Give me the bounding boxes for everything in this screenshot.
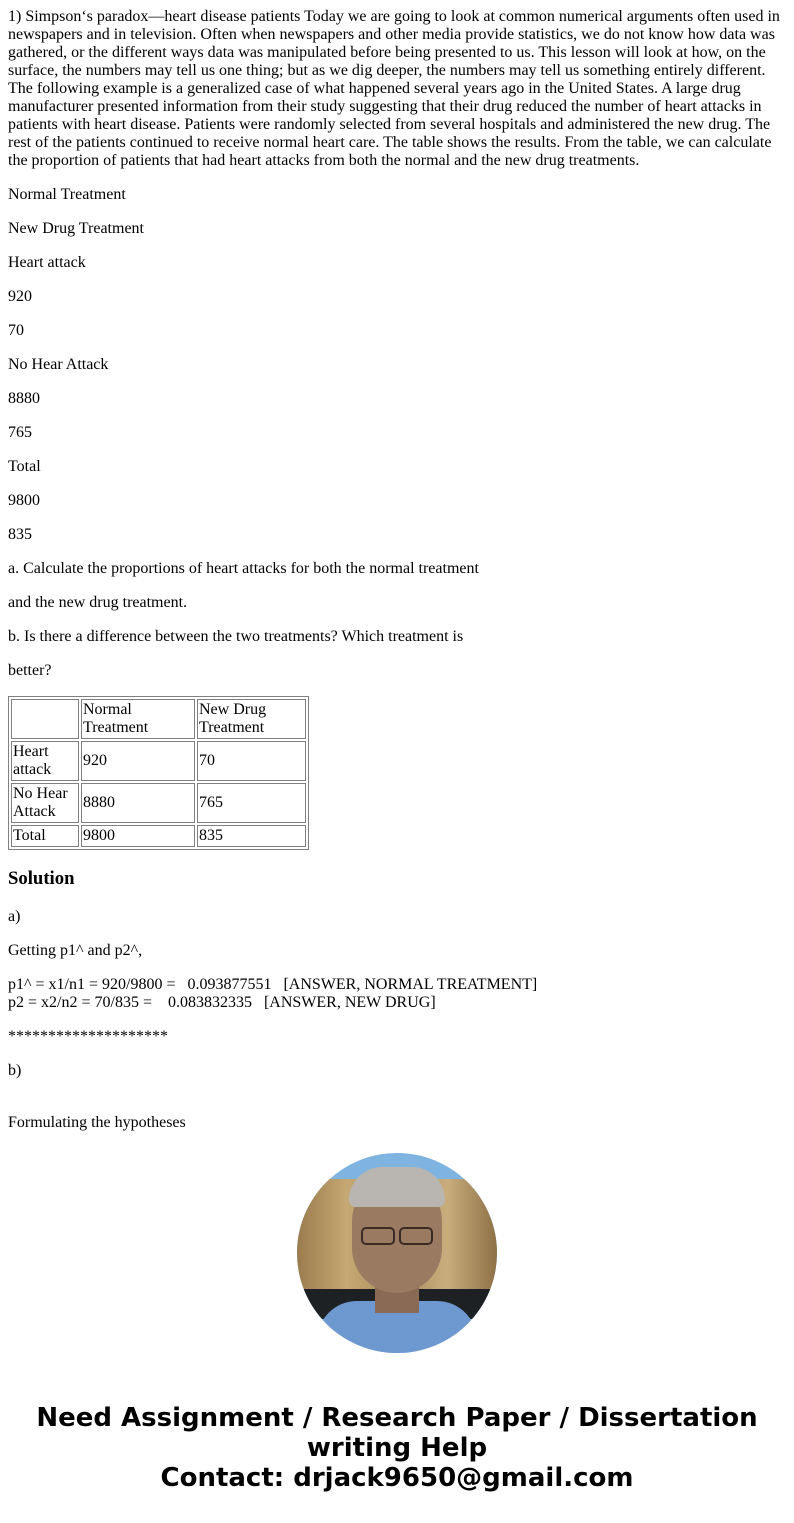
table-cell: Total [11, 825, 79, 847]
table-header-cell: New Drug Treatment [197, 699, 306, 739]
table-row: No Hear Attack 8880 765 [11, 783, 306, 823]
results-table: Normal Treatment New Drug Treatment Hear… [8, 696, 309, 850]
table-cell: 9800 [81, 825, 195, 847]
flat-line: 70 [8, 322, 786, 340]
question-part-a-cont: and the new drug treatment. [8, 594, 786, 612]
table-header-cell [11, 699, 79, 739]
promo-section: Need Assignment / Research Paper / Disse… [0, 1150, 794, 1493]
table-cell: Heart attack [11, 741, 79, 781]
question-intro: 1) Simpson‘s paradox—heart disease patie… [8, 8, 786, 170]
flat-line: Normal Treatment [8, 186, 786, 204]
flat-line: 9800 [8, 492, 786, 510]
flat-line: 920 [8, 288, 786, 306]
flat-line: 835 [8, 526, 786, 544]
table-header-cell: Normal Treatment [81, 699, 195, 739]
document-content: 1) Simpson‘s paradox—heart disease patie… [0, 0, 794, 1132]
flat-line: No Hear Attack [8, 356, 786, 374]
separator-stars: ******************** [8, 1028, 786, 1046]
solution-getting-line: Getting p1^ and p2^, [8, 942, 786, 960]
table-cell: 835 [197, 825, 306, 847]
calc-line-new-drug: p2 = x2/n2 = 70/835 = 0.083832335 [ANSWE… [8, 994, 786, 1012]
tutor-avatar [297, 1153, 497, 1353]
flat-line: 765 [8, 424, 786, 442]
question-part-b-cont: better? [8, 662, 786, 680]
promo-contact: Contact: drjack9650@gmail.com [0, 1463, 794, 1493]
solution-heading: Solution [8, 868, 786, 890]
calc-line-normal: p1^ = x1/n1 = 920/9800 = 0.093877551 [AN… [8, 976, 786, 994]
table-row: Total 9800 835 [11, 825, 306, 847]
solution-part-a-label: a) [8, 908, 786, 926]
solution-part-b-label: b) [8, 1062, 786, 1080]
flat-line: New Drug Treatment [8, 220, 786, 238]
promo-text: Need Assignment / Research Paper / Disse… [0, 1403, 794, 1493]
promo-line-2: writing Help [0, 1433, 794, 1463]
promo-line-1: Need Assignment / Research Paper / Disse… [0, 1403, 794, 1433]
table-cell: 920 [81, 741, 195, 781]
question-part-a: a. Calculate the proportions of heart at… [8, 560, 786, 578]
table-cell: 70 [197, 741, 306, 781]
flat-line: Total [8, 458, 786, 476]
flat-line: 8880 [8, 390, 786, 408]
solution-calculations: p1^ = x1/n1 = 920/9800 = 0.093877551 [AN… [8, 976, 786, 1012]
table-cell: 8880 [81, 783, 195, 823]
flat-line: Heart attack [8, 254, 786, 272]
hypotheses-line: Formulating the hypotheses [8, 1114, 786, 1132]
table-row: Heart attack 920 70 [11, 741, 306, 781]
table-cell: No Hear Attack [11, 783, 79, 823]
question-part-b: b. Is there a difference between the two… [8, 628, 786, 646]
table-header-row: Normal Treatment New Drug Treatment [11, 699, 306, 739]
table-cell: 765 [197, 783, 306, 823]
